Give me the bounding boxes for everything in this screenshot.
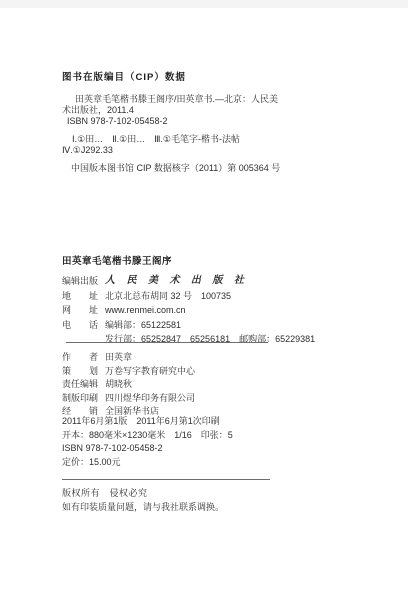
price-line: 定价：15.00元 [62,456,372,470]
cip-isbn: ISBN 978-7-102-05458-2 [62,116,357,127]
printing-block: 2011年6月第1版 2011年6月第1次印刷 开本：880毫米×1230毫米 … [62,415,372,469]
quality-exchange-note: 如有印装质量问题，请与我社联系调换。 [62,500,372,514]
cip-classification-line1: Ⅰ.①田… Ⅱ.①田… Ⅲ.①毛笔字-楷书-法帖 [62,134,357,145]
divider-rule-bottom [62,479,270,480]
page-top-shading [0,0,408,8]
cip-registration: 中国版本图书馆 CIP 数据核字（2011）第 005364 号 [62,163,357,174]
cip-block: 图书在版编目（CIP）数据 田英章毛笔楷书滕王阁序/田英章书.—北京：人民美 术… [62,72,357,174]
cip-classification-line2: Ⅳ.①J292.33 [62,145,357,156]
planner-value: 万卷写字教育研究中心 [105,365,195,379]
phone-label-spacer [62,332,98,347]
planner-row: 策 划 万卷写字教育研究中心 [62,365,372,379]
publisher-row: 编辑出版 人 民 美 术 出 版 社 [62,274,372,289]
phone-row-continued: 发行部：65252847 65256181 邮购部：65229381 [62,332,372,347]
cip-header: 图书在版编目（CIP）数据 [62,72,357,83]
printer-value: 四川煜华印务有限公司 [105,392,195,406]
publisher-block: 田英章毛笔楷书滕王阁序 编辑出版 人 民 美 术 出 版 社 地 址 北京北总布… [62,253,372,347]
copyright-block: 版权所有 侵权必究 如有印装质量问题，请与我社联系调换。 [62,486,372,514]
address-label: 地 址 [62,289,98,304]
author-value: 田英章 [105,351,132,365]
phone-row: 电 话 编辑部：65122581 [62,318,372,333]
cip-entry-line2: 术出版社，2011.4 [62,105,357,116]
credits-block: 作 者 田英章 策 划 万卷写字教育研究中心 责任编辑 胡晓秋 制版印刷 四川煜… [62,351,372,419]
copyright-notice: 版权所有 侵权必究 [62,486,372,500]
planner-label: 策 划 [62,365,98,379]
book-copyright-page: 图书在版编目（CIP）数据 田英章毛笔楷书滕王阁序/田英章书.—北京：人民美 术… [0,0,408,600]
editor-label: 责任编辑 [62,378,98,392]
author-label: 作 者 [62,351,98,365]
book-title: 田英章毛笔楷书滕王阁序 [62,253,372,267]
editor-row: 责任编辑 胡晓秋 [62,378,372,392]
format-line: 开本：880毫米×1230毫米 1/16 印张：5 [62,429,372,443]
author-row: 作 者 田英章 [62,351,372,365]
address-value: 北京北总布胡同 32 号 100735 [105,289,231,304]
isbn-line: ISBN 978-7-102-05458-2 [62,442,372,456]
divider-rule-top [66,342,268,343]
cip-entry-line1: 田英章毛笔楷书滕王阁序/田英章书.—北京：人民美 [62,94,357,105]
address-row: 地 址 北京北总布胡同 32 号 100735 [62,289,372,304]
publisher-label: 编辑出版 [62,274,98,289]
editor-value: 胡晓秋 [105,378,132,392]
publisher-name: 人 民 美 术 出 版 社 [105,274,248,289]
printer-label: 制版印刷 [62,392,98,406]
phone-label: 电 话 [62,318,98,333]
phone-editorial-value: 编辑部：65122581 [105,318,181,333]
printer-row: 制版印刷 四川煜华印务有限公司 [62,392,372,406]
website-label: 网 址 [62,303,98,318]
website-value: www.renmei.com.cn [105,303,186,318]
edition-line: 2011年6月第1版 2011年6月第1次印刷 [62,415,372,429]
website-row: 网 址 www.renmei.com.cn [62,303,372,318]
phone-distribution-value: 发行部：65252847 65256181 邮购部：65229381 [105,332,315,347]
